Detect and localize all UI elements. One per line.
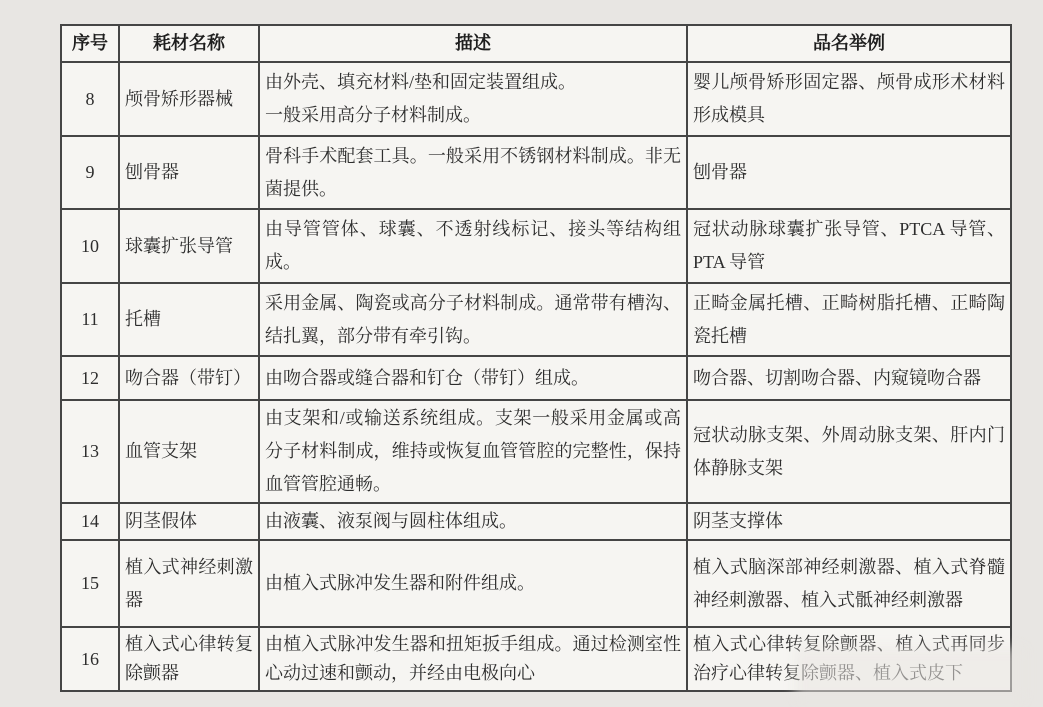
description-cell: 采用金属、陶瓷或高分子材料制成。通常带有槽沟、结扎翼，部分带有牵引钩。 bbox=[259, 283, 687, 356]
description-cell: 由支架和/或输送系统组成。支架一般采用金属或高分子材料制成，维持或恢复血管管腔的… bbox=[259, 400, 687, 503]
description-cell: 由吻合器或缝合器和钉仓（带钉）组成。 bbox=[259, 356, 687, 400]
table-row: 9 刨骨器 骨科手术配套工具。一般采用不锈钢材料制成。非无菌提供。 刨骨器 bbox=[61, 136, 1011, 209]
examples-cell: 冠状动脉球囊扩张导管、PTCA 导管、PTA 导管 bbox=[687, 209, 1011, 283]
examples-cell: 刨骨器 bbox=[687, 136, 1011, 209]
document-page: 序号 耗材名称 描述 品名举例 8 颅骨矫形器械 由外壳、填充材料/垫和固定装置… bbox=[0, 0, 1043, 707]
row-number-cell: 16 bbox=[61, 627, 119, 691]
row-number-cell: 14 bbox=[61, 503, 119, 540]
header-row: 序号 耗材名称 描述 品名举例 bbox=[61, 25, 1011, 62]
row-number-cell: 11 bbox=[61, 283, 119, 356]
examples-cell: 植入式心律转复除颤器、植入式再同步治疗心律转复除颤器、植入式皮下 bbox=[687, 627, 1011, 691]
consumable-name-cell: 球囊扩张导管 bbox=[119, 209, 259, 283]
table-row: 12 吻合器（带钉） 由吻合器或缝合器和钉仓（带钉）组成。 吻合器、切割吻合器、… bbox=[61, 356, 1011, 400]
consumable-name-cell: 颅骨矫形器械 bbox=[119, 62, 259, 136]
description-cell: 由外壳、填充材料/垫和固定装置组成。 一般采用高分子材料制成。 bbox=[259, 62, 687, 136]
table-row: 10 球囊扩张导管 由导管管体、球囊、不透射线标记、接头等结构组成。 冠状动脉球… bbox=[61, 209, 1011, 283]
row-number-cell: 12 bbox=[61, 356, 119, 400]
table-row: 16 植入式心律转复除颤器 由植入式脉冲发生器和扭矩扳手组成。通过检测室性心动过… bbox=[61, 627, 1011, 691]
examples-cell: 阴茎支撑体 bbox=[687, 503, 1011, 540]
examples-cell: 冠状动脉支架、外周动脉支架、肝内门体静脉支架 bbox=[687, 400, 1011, 503]
consumable-name-cell: 托槽 bbox=[119, 283, 259, 356]
table-row: 13 血管支架 由支架和/或输送系统组成。支架一般采用金属或高分子材料制成，维持… bbox=[61, 400, 1011, 503]
consumable-name-cell: 血管支架 bbox=[119, 400, 259, 503]
examples-cell: 吻合器、切割吻合器、内窥镜吻合器 bbox=[687, 356, 1011, 400]
examples-cell: 植入式脑深部神经刺激器、植入式脊髓神经刺激器、植入式骶神经刺激器 bbox=[687, 540, 1011, 627]
table-row: 14 阴茎假体 由液囊、液泵阀与圆柱体组成。 阴茎支撑体 bbox=[61, 503, 1011, 540]
consumables-table: 序号 耗材名称 描述 品名举例 8 颅骨矫形器械 由外壳、填充材料/垫和固定装置… bbox=[60, 24, 1012, 692]
description-cell: 由植入式脉冲发生器和附件组成。 bbox=[259, 540, 687, 627]
consumable-name-cell: 刨骨器 bbox=[119, 136, 259, 209]
table-row: 15 植入式神经刺激器 由植入式脉冲发生器和附件组成。 植入式脑深部神经刺激器、… bbox=[61, 540, 1011, 627]
description-cell: 由液囊、液泵阀与圆柱体组成。 bbox=[259, 503, 687, 540]
consumable-name-cell: 植入式心律转复除颤器 bbox=[119, 627, 259, 691]
column-header-examples: 品名举例 bbox=[687, 25, 1011, 62]
consumable-name-cell: 植入式神经刺激器 bbox=[119, 540, 259, 627]
examples-cell: 婴儿颅骨矫形固定器、颅骨成形术材料形成模具 bbox=[687, 62, 1011, 136]
row-number-cell: 15 bbox=[61, 540, 119, 627]
description-cell: 由植入式脉冲发生器和扭矩扳手组成。通过检测室性心动过速和颤动，并经由电极向心 bbox=[259, 627, 687, 691]
column-header-name: 耗材名称 bbox=[119, 25, 259, 62]
column-header-description: 描述 bbox=[259, 25, 687, 62]
examples-cell: 正畸金属托槽、正畸树脂托槽、正畸陶瓷托槽 bbox=[687, 283, 1011, 356]
row-number-cell: 9 bbox=[61, 136, 119, 209]
table-row: 8 颅骨矫形器械 由外壳、填充材料/垫和固定装置组成。 一般采用高分子材料制成。… bbox=[61, 62, 1011, 136]
row-number-cell: 13 bbox=[61, 400, 119, 503]
consumable-name-cell: 阴茎假体 bbox=[119, 503, 259, 540]
column-header-index: 序号 bbox=[61, 25, 119, 62]
description-cell: 骨科手术配套工具。一般采用不锈钢材料制成。非无菌提供。 bbox=[259, 136, 687, 209]
table-row: 11 托槽 采用金属、陶瓷或高分子材料制成。通常带有槽沟、结扎翼，部分带有牵引钩… bbox=[61, 283, 1011, 356]
consumable-name-cell: 吻合器（带钉） bbox=[119, 356, 259, 400]
description-cell: 由导管管体、球囊、不透射线标记、接头等结构组成。 bbox=[259, 209, 687, 283]
row-number-cell: 10 bbox=[61, 209, 119, 283]
row-number-cell: 8 bbox=[61, 62, 119, 136]
